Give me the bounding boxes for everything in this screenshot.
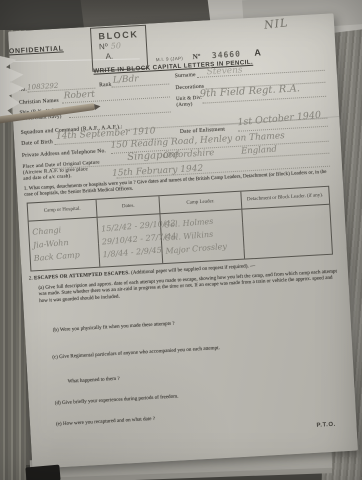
camps-table: Camp or Hospital. Dates. Camp Leader. De… bbox=[27, 186, 333, 272]
nil-annotation: NIL bbox=[263, 16, 289, 32]
question-2-title: ESCAPES OR ATTEMPTED ESCAPES. bbox=[34, 270, 130, 281]
label-private-address: Private Address and Telephone No. bbox=[22, 148, 106, 159]
confidential-marking: CONFIDENTIAL bbox=[8, 45, 64, 55]
question-2e: (e) How were you recaptured and on what … bbox=[56, 416, 155, 428]
label-date-of-enlistment: Date of Enlistment bbox=[180, 126, 225, 135]
dotted-rule bbox=[69, 111, 171, 118]
photograph-of-pow-form: CONFIDENTIAL BLOCK Nº50 A. M.I. 9 (JAP) … bbox=[0, 0, 362, 480]
block-number-handwritten: 50 bbox=[110, 41, 121, 51]
question-2c-followup: What happened to them ? bbox=[68, 376, 120, 385]
serial-no-label: Nº bbox=[192, 52, 200, 61]
value-surname: Stevens bbox=[206, 65, 242, 77]
value-christian-names: Robert bbox=[63, 90, 95, 102]
table-row: 15/2/42 - 29/10/42 bbox=[98, 214, 162, 231]
block-stamp-suffix: A. bbox=[105, 50, 146, 61]
serial-suffix: A bbox=[254, 47, 261, 57]
question-2-number: 2. bbox=[29, 275, 33, 281]
value-date-of-enlistment: 1st October 1940 bbox=[237, 110, 322, 129]
question-2d: (d) Give briefly your experiences during… bbox=[55, 394, 179, 407]
question-2c: (c) Give Regimental particulars of anyon… bbox=[52, 345, 220, 361]
label-capture: Place and Date of Original Capture(Aircr… bbox=[22, 160, 117, 183]
pto-marking: P.T.O. bbox=[316, 422, 336, 429]
label-rank: Rank bbox=[99, 82, 112, 89]
value-rank: L/Bdr bbox=[113, 74, 139, 85]
pow-questionnaire-form: CONFIDENTIAL BLOCK Nº50 A. M.I. 9 (JAP) … bbox=[8, 13, 358, 469]
label-date-of-birth: Date of Birth bbox=[21, 139, 53, 147]
question-2b: (b) Were you physically fit when you mad… bbox=[53, 321, 175, 334]
serial-number: 34660 bbox=[212, 49, 242, 60]
form-reference: M.I. 9 (JAP) bbox=[156, 56, 184, 63]
value-address-country: England bbox=[241, 145, 277, 157]
label-surname: Surname bbox=[175, 72, 196, 79]
label-christian-names: Christian Names bbox=[19, 98, 59, 106]
label-unit: Unit & Div.(Army) bbox=[176, 96, 203, 109]
block-no-label: Nº bbox=[99, 42, 108, 51]
binder-clip bbox=[25, 465, 60, 480]
